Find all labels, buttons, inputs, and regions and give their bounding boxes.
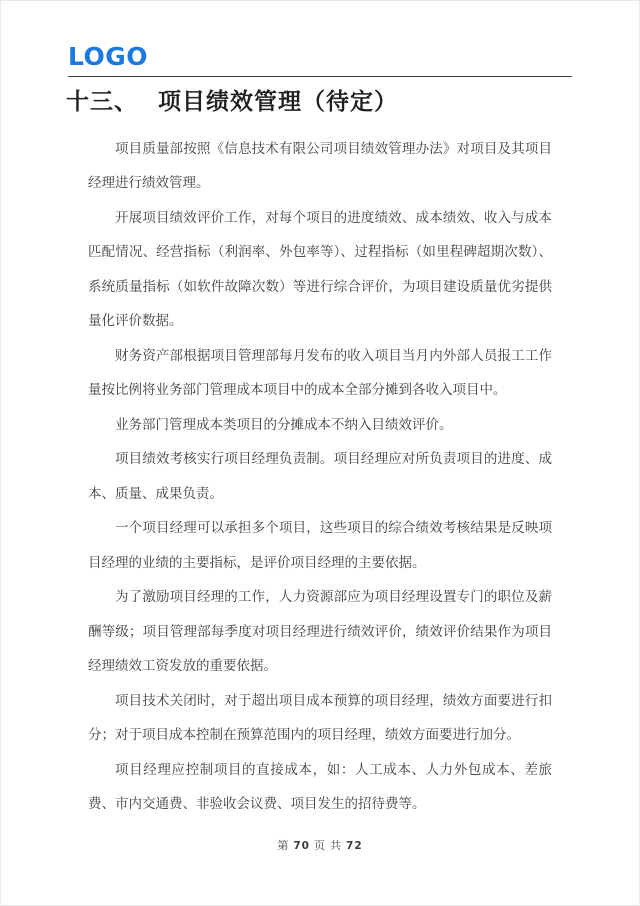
paragraph: 一个项目经理可以承担多个项目，这些项目的综合绩效考核结果是反映项目经理的业绩的主… <box>88 511 552 580</box>
paragraph: 为了激励项目经理的工作，人力资源部应为项目经理设置专门的职位及薪酬等级；项目管理… <box>88 580 552 684</box>
document-body: 项目质量部按照《信息技术有限公司项目绩效管理办法》对项目及其项目经理进行绩效管理… <box>88 132 552 822</box>
page-header: LOGO <box>68 0 572 77</box>
page-footer: 第70页 共72 <box>0 837 640 853</box>
footer-prefix: 第 <box>277 840 289 852</box>
paragraph: 项目经理应控制项目的直接成本，如：人工成本、人力外包成本、差旅费、市内交通费、非… <box>88 753 552 822</box>
paragraph: 项目质量部按照《信息技术有限公司项目绩效管理办法》对项目及其项目经理进行绩效管理… <box>88 132 552 201</box>
footer-middle: 页 共 <box>314 840 342 852</box>
paragraph: 业务部门管理成本类项目的分摊成本不纳入目绩效评价。 <box>88 408 552 443</box>
section-title: 十三、项目绩效管理（待定） <box>66 87 574 117</box>
paragraph: 财务资产部根据项目管理部每月发布的收入项目当月内外部人员报工工作量按比例将业务部… <box>88 339 552 408</box>
current-page-number: 70 <box>293 840 310 852</box>
paragraph: 项目绩效考核实行项目经理负责制。项目经理应对所负责项目的进度、成本、质量、成果负… <box>88 442 552 511</box>
paragraph: 开展项目绩效评价工作，对每个项目的进度绩效、成本绩效、收入与成本匹配情况、经营指… <box>88 201 552 339</box>
section-number: 十三、 <box>66 89 138 114</box>
header-divider <box>68 76 572 77</box>
section-title-text: 项目绩效管理（待定） <box>158 89 398 114</box>
total-pages-number: 72 <box>346 840 363 852</box>
paragraph: 项目技术关闭时，对于超出项目成本预算的项目经理，绩效方面要进行扣分；对于项目成本… <box>88 684 552 753</box>
logo-text: LOGO <box>68 44 572 69</box>
document-page: LOGO 十三、项目绩效管理（待定） 项目质量部按照《信息技术有限公司项目绩效管… <box>0 0 640 906</box>
